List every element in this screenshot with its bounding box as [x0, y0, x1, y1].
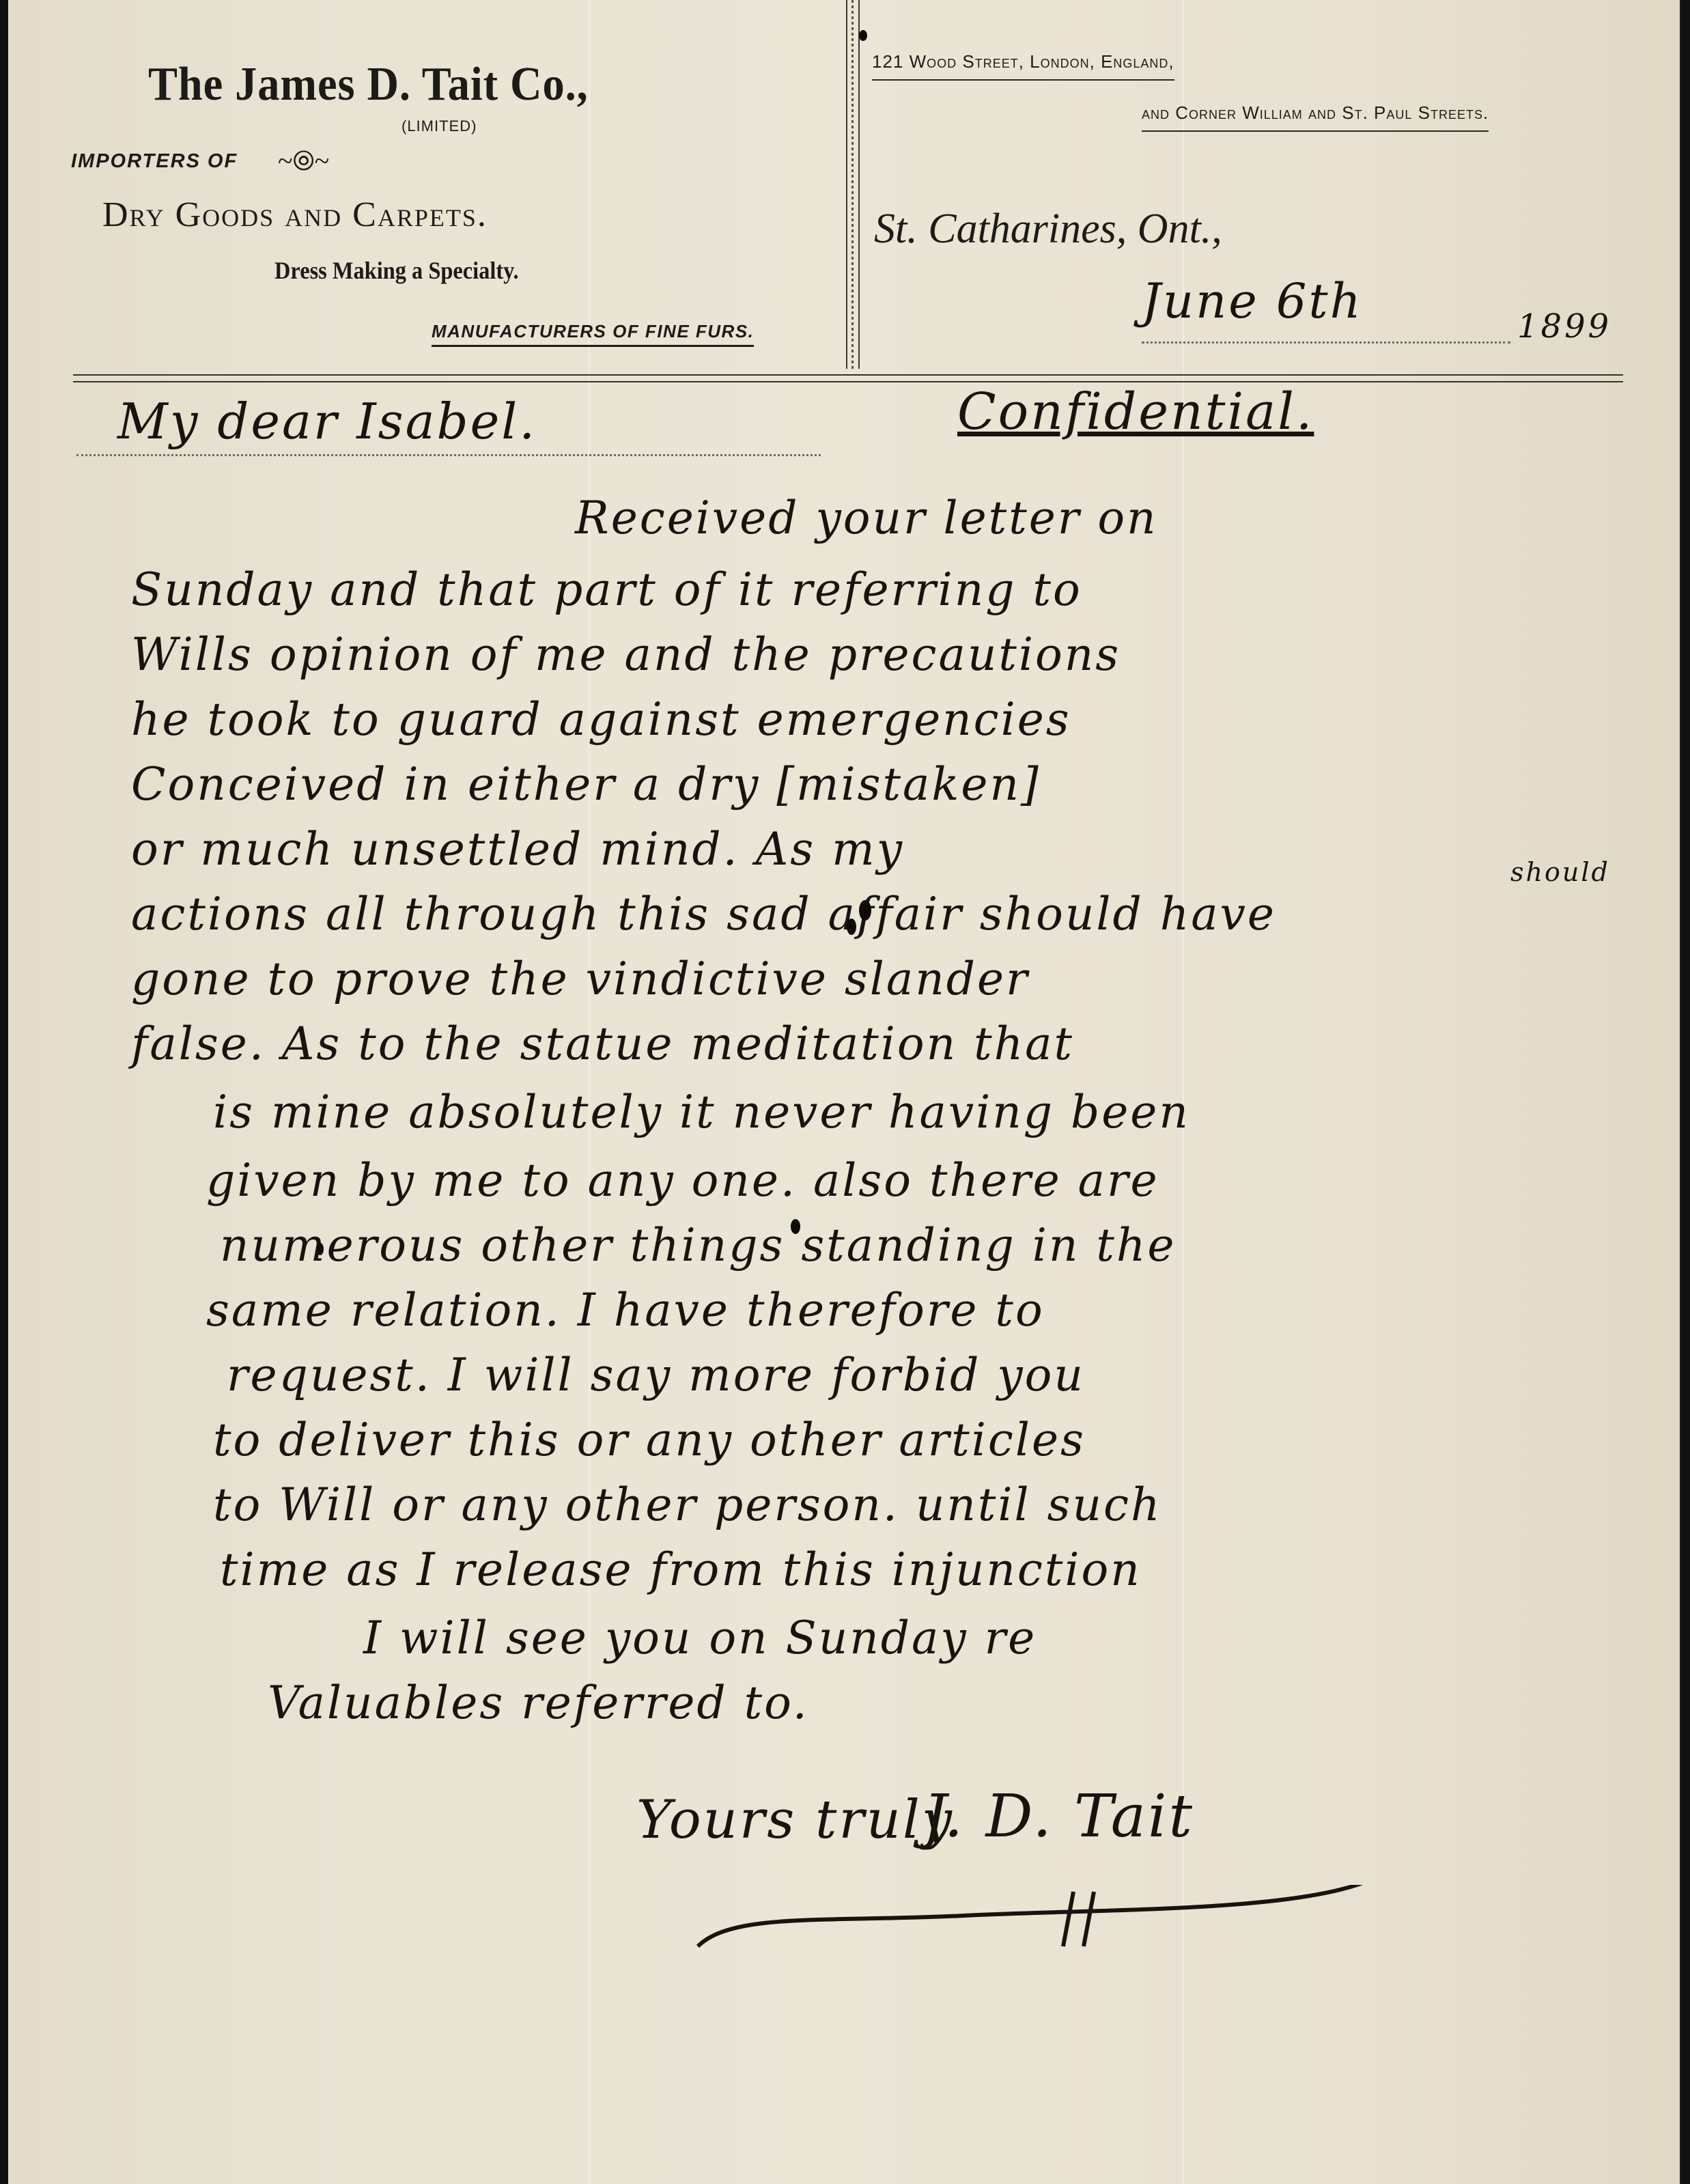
letter-line: numerous other things standing in the [220, 1219, 1176, 1272]
address-local: and Corner William and St. Paul Streets. [1142, 102, 1489, 132]
closing: Yours truly [636, 1789, 954, 1851]
letter-line: Received your letter on [575, 492, 1158, 544]
ink-blot [791, 1219, 800, 1234]
insertion-above: should [1510, 857, 1610, 887]
letter-line: gone to prove the vindictive slander [131, 953, 1030, 1005]
ink-blot [859, 900, 871, 921]
company-name: The James D. Tait Co., [148, 57, 589, 112]
letterhead-rule-bottom [73, 381, 1623, 382]
letter-line: actions all through this sad affair shou… [131, 888, 1276, 940]
letter-line: Sunday and that part of it referring to [131, 563, 1082, 616]
letter-line: I will see you on Sunday re [363, 1612, 1037, 1664]
letter-line: request. I will say more forbid you [227, 1349, 1085, 1401]
scan-edge-right [1682, 0, 1690, 2184]
letter-page: The James D. Tait Co., (LIMITED) IMPORTE… [8, 0, 1680, 2184]
letter-line: to deliver this or any other articles [213, 1414, 1086, 1466]
date-dotted-line [1142, 341, 1510, 344]
ink-blot [859, 30, 867, 41]
letter-line: Wills opinion of me and the precautions [131, 628, 1121, 681]
flourish-ornament-icon: ~⦾~ [278, 145, 329, 177]
letter-line: Conceived in either a dry [mistaken] [131, 758, 1041, 811]
furs-line: MANUFACTURERS OF FINE FURS. [432, 321, 754, 347]
letter-line: false. As to the statue meditation that [131, 1018, 1074, 1070]
ink-blot [317, 1243, 324, 1255]
city-line: St. Catharines, Ont., [874, 205, 1222, 253]
scan-edge-left [0, 0, 8, 2184]
letter-line: given by me to any one. also there are [206, 1154, 1159, 1207]
salutation-dotted-line [76, 454, 821, 456]
letter-line: Valuables referred to. [268, 1677, 809, 1729]
letter-line: time as I release from this injunction [220, 1543, 1142, 1596]
address-london: 121 Wood Street, London, England, [872, 51, 1174, 81]
letter-line: or much unsettled mind. As my [131, 823, 904, 876]
date-year: 1899 [1517, 307, 1611, 346]
goods-heading: Dry Goods and Carpets. [102, 195, 488, 235]
letterhead-divider [846, 0, 860, 369]
letter-line: to Will or any other person. until such [213, 1479, 1161, 1531]
salutation: My dear Isabel. [117, 393, 537, 450]
importers-label: IMPORTERS OF [71, 150, 238, 173]
letter-line: same relation. I have therefore to [206, 1284, 1045, 1336]
confidential-marking: Confidential. [957, 382, 1314, 441]
letter-line: he took to guard against emergencies [131, 693, 1071, 746]
ink-blot [847, 919, 856, 935]
signature-flourish [691, 1885, 1408, 1967]
letterhead-rule-top [73, 374, 1623, 376]
signature: J. D. Tait [923, 1782, 1194, 1851]
letter-line: is mine absolutely it never having been [213, 1086, 1190, 1138]
specialty-line: Dress Making a Specialty. [274, 256, 519, 285]
date-handwritten: June 6th [1142, 273, 1363, 329]
company-limited: (LIMITED) [402, 117, 477, 135]
